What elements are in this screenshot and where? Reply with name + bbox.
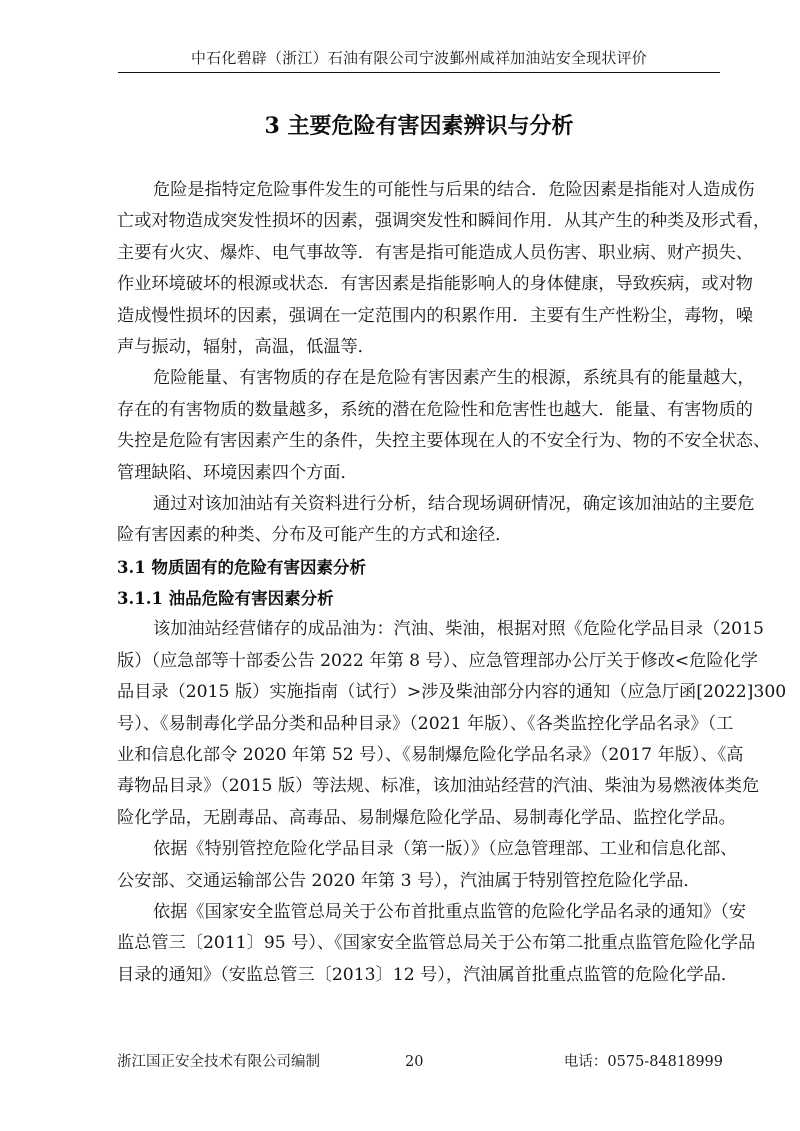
text-line: 依据《特别管控危险化学品目录（第一版）》（应急管理部、工业和信息化部、 [117,834,727,865]
document-page: 中石化碧辟（浙江）石油有限公司宁波鄞州咸祥加油站安全现状评价 3 主要危险有害因… [0,0,800,1131]
text-line: 失控是危险有害因素产生的条件，失控主要体现在人的不安全行为、物的不安全状态、 [117,426,727,457]
text-line: 毒物品目录》（2015 版）等法规、标准，该加油站经营的汽油、柴油为易燃液体类危 [117,771,727,802]
footer-phone: 电话：0575-84818999 [564,1052,723,1072]
text-line: 依据《国家安全监管总局关于公布首批重点监管的危险化学品名录的通知》（安 [117,897,727,928]
text-line: 险有害因素的种类、分布及可能产生的方式和途径． [117,520,727,551]
text-line: 目录的通知》（安监总管三〔2013〕12 号），汽油属首批重点监管的危险化学品． [117,960,727,991]
text-line: 该加油站经营储存的成品油为：汽油、柴油，根据对照《危险化学品目录（2015 [117,614,727,645]
chapter-title: 3 主要危险有害因素辨识与分析 [118,111,720,141]
text-line: 险化学品，无剧毒品、高毒品、易制爆危险化学品、易制毒化学品、监控化学品。 [117,803,727,834]
text-line: 版）（应急部等十部委公告 2022 年第 8 号）、应急管理部办公厅关于修改<危… [117,646,727,677]
text-line: 管理缺陷、环境因素四个方面． [117,458,727,489]
paragraph-analysis-method: 通过对该加油站有关资料进行分析，结合现场调研情况，确定该加油站的主要危 险有害因… [117,489,727,552]
running-header: 中石化碧辟（浙江）石油有限公司宁波鄞州咸祥加油站安全现状评价 [118,48,720,68]
body-text: 危险是指特定危险事件发生的可能性与后果的结合．危险因素是指能对人造成伤 亡或对物… [117,175,727,991]
text-line: 危险是指特定危险事件发生的可能性与后果的结合．危险因素是指能对人造成伤 [117,175,727,206]
text-line: 亡或对物造成突发性损坏的因素，强调突发性和瞬间作用．从其产生的种类及形式看， [117,206,727,237]
text-line: 主要有火灾、爆炸、电气事故等．有害是指可能造成人员伤害、职业病、财产损失、 [117,238,727,269]
paragraph-oil-classification: 该加油站经营储存的成品油为：汽油、柴油，根据对照《危险化学品目录（2015 版）… [117,614,727,834]
header-rule [118,72,720,73]
page-number: 20 [405,1052,423,1072]
text-line: 存在的有害物质的数量越多，系统的潜在危险性和危害性也越大．能量、有害物质的 [117,395,727,426]
text-line: 号）、《易制毒化学品分类和品种目录》（2021 年版）、《各类监控化学品名录》（… [117,709,727,740]
text-line: 通过对该加油站有关资料进行分析，结合现场调研情况，确定该加油站的主要危 [117,489,727,520]
text-line: 监总管三〔2011〕95 号）、《国家安全监管总局关于公布第二批重点监管危险化学… [117,928,727,959]
paragraph-special-control: 依据《特别管控危险化学品目录（第一版）》（应急管理部、工业和信息化部、 公安部、… [117,834,727,897]
text-line: 造成慢性损坏的因素，强调在一定范围内的积累作用．主要有生产性粉尘，毒物，噪 [117,301,727,332]
section-heading-3-1: 3.1 物质固有的危险有害因素分析 [117,552,727,583]
text-line: 危险能量、有害物质的存在是危险有害因素产生的根源，系统具有的能量越大， [117,363,727,394]
paragraph-key-supervision: 依据《国家安全监管总局关于公布首批重点监管的危险化学品名录的通知》（安 监总管三… [117,897,727,991]
page-footer: 浙江国正安全技术有限公司编制 20 电话：0575-84818999 [117,1052,723,1072]
text-line: 声与振动，辐射，高温，低温等． [117,332,727,363]
paragraph-hazard-source: 危险能量、有害物质的存在是危险有害因素产生的根源，系统具有的能量越大， 存在的有… [117,363,727,489]
text-line: 品目录（2015 版）实施指南（试行）>涉及柴油部分内容的通知（应急厅函[202… [117,677,727,708]
section-heading-3-1-1: 3.1.1 油品危险有害因素分析 [117,583,727,614]
paragraph-hazard-definition: 危险是指特定危险事件发生的可能性与后果的结合．危险因素是指能对人造成伤 亡或对物… [117,175,727,363]
text-line: 业和信息化部令 2020 年第 52 号）、《易制爆危险化学品名录》（2017 … [117,740,727,771]
text-line: 公安部、交通运输部公告 2020 年第 3 号），汽油属于特别管控危险化学品． [117,866,727,897]
footer-organization: 浙江国正安全技术有限公司编制 [117,1052,320,1072]
text-line: 作业环境破坏的根源或状态．有害因素是指能影响人的身体健康，导致疾病，或对物 [117,269,727,300]
